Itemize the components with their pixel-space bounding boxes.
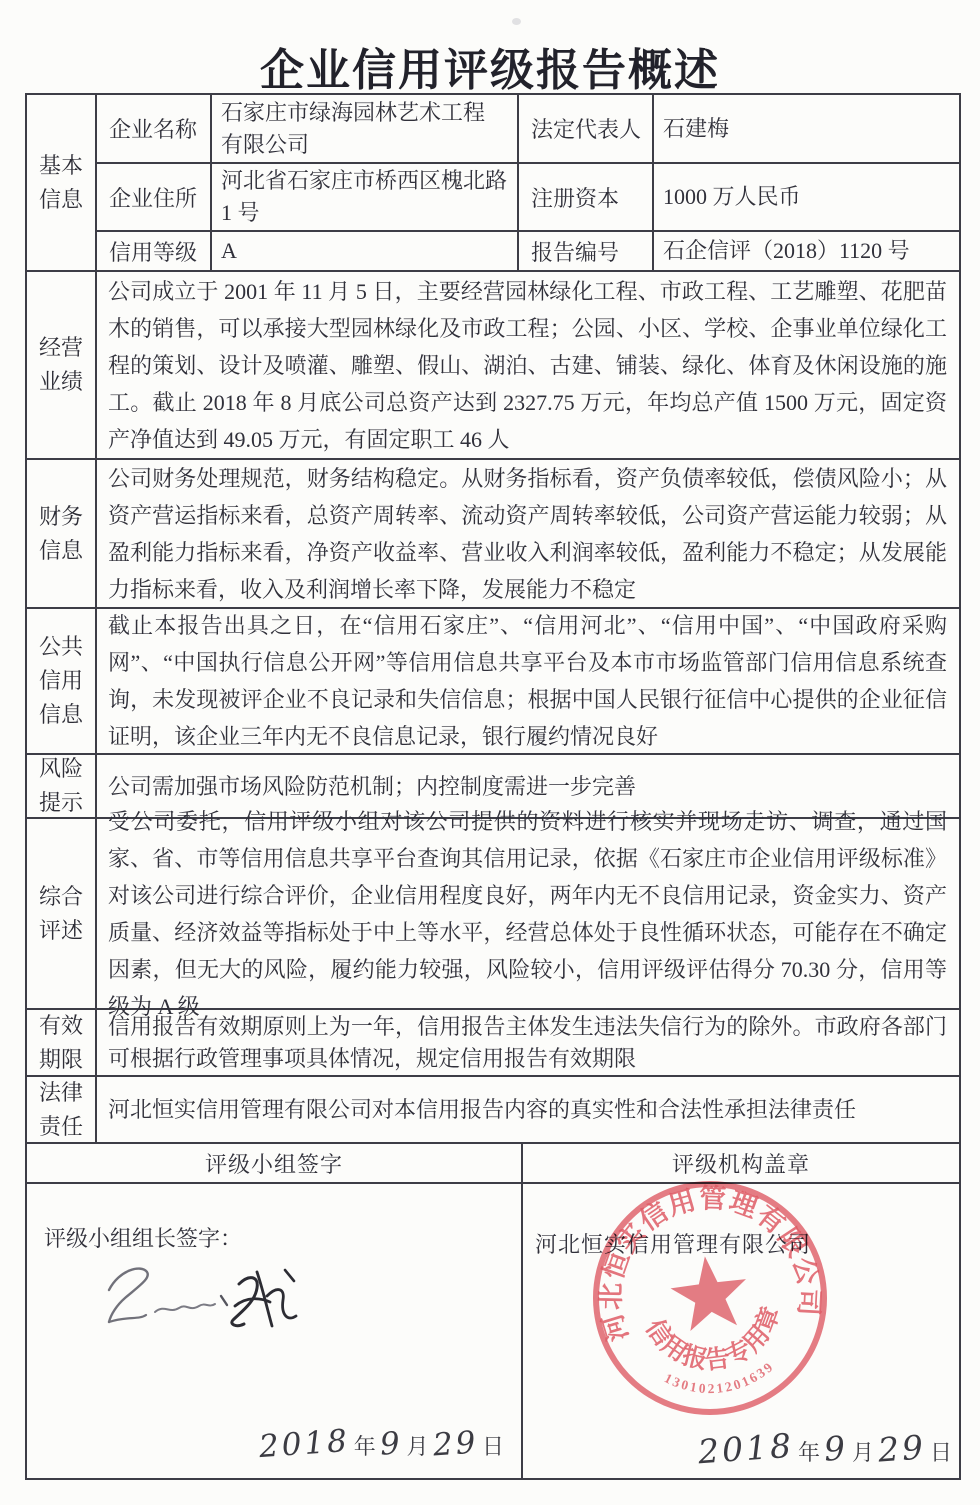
- section-content-financial-info: 公司财务处理规范，财务结构稳定。从财务指标看，资产负债率较低，偿债风险小；从资产…: [97, 460, 959, 607]
- row-enterprise-name: 企业名称 石家庄市绿海园林艺术工程 有限公司 法定代表人 石建梅: [97, 95, 959, 164]
- public-credit-info-text: 截止本报告出具之日，在“信用石家庄”、“信用河北”、“信用中国”、“中国政府采购…: [108, 607, 947, 755]
- team-leader-signature-label: 评级小组组长签字：: [44, 1222, 242, 1253]
- section-label-basic-info: 基本 信息: [27, 95, 97, 270]
- value-legal-representative: 石建梅: [654, 95, 959, 162]
- row-business-performance: 经营 业绩 公司成立于 2001 年 11 月 5 日，主要经营园林绿化工程、市…: [27, 272, 959, 460]
- value-enterprise-name: 石家庄市绿海园林艺术工程 有限公司: [212, 95, 519, 162]
- value-enterprise-address: 河北省石家庄市桥西区槐北路 1 号: [212, 164, 519, 230]
- label-credit-grade: 信用等级: [97, 232, 212, 270]
- label-enterprise-address: 企业住所: [97, 164, 212, 230]
- header-rating-team-signature: 评级小组签字: [27, 1144, 523, 1182]
- section-label-financial-info: 财务 信息: [27, 460, 97, 607]
- scan-smudge: [512, 18, 521, 25]
- row-overall-review: 综合 评述 受公司委托，信用评级小组对该公司提供的资料进行核实并现场走访、调查，…: [27, 819, 959, 1010]
- row-legal-liability: 法律 责任 河北恒实信用管理有限公司对本信用报告内容的真实性和合法性承担法律责任: [27, 1077, 959, 1144]
- financial-info-text: 公司财务处理规范，财务结构稳定。从财务指标看，资产负债率较低，偿债风险小；从资产…: [108, 460, 947, 608]
- section-label-overall-review: 综合 评述: [27, 819, 97, 1008]
- document-page: 企业信用评级报告概述 基本 信息 企业名称 石家庄市绿海园林艺术工程 有限公司 …: [0, 0, 980, 1505]
- section-label-validity-period: 有效 期限: [27, 1010, 97, 1075]
- date-day-value: 29: [428, 1424, 482, 1464]
- basic-info-grid: 企业名称 石家庄市绿海园林艺术工程 有限公司 法定代表人 石建梅 企业住所 河北…: [97, 95, 959, 270]
- section-content-overall-review: 受公司委托，信用评级小组对该公司提供的资料进行核实并现场走访、调查，通过国家、省…: [97, 819, 959, 1008]
- row-public-credit-info: 公共 信用 信息 截止本报告出具之日，在“信用石家庄”、“信用河北”、“信用中国…: [27, 609, 959, 755]
- date-day-char: 日: [481, 1430, 505, 1461]
- date-day-char: 日: [929, 1436, 953, 1467]
- agency-seal-date: 2018 年 9 月 29 日: [695, 1429, 953, 1468]
- cell-team-signature: 评级小组组长签字： 2018: [27, 1184, 523, 1478]
- label-report-number: 报告编号: [519, 232, 654, 270]
- section-content-business-performance: 公司成立于 2001 年 11 月 5 日，主要经营园林绿化工程、市政工程、工艺…: [97, 272, 959, 458]
- label-legal-representative: 法定代表人: [519, 95, 654, 162]
- value-report-number: 石企信评（2018）1120 号: [654, 232, 959, 270]
- label-registered-capital: 注册资本: [519, 164, 654, 230]
- signature-handwriting: [89, 1256, 319, 1366]
- section-label-risk-warning: 风险 提示: [27, 755, 97, 817]
- page-title: 企业信用评级报告概述: [0, 34, 980, 98]
- date-day-value: 29: [874, 1427, 931, 1470]
- section-label-public-credit-info: 公共 信用 信息: [27, 609, 97, 753]
- label-enterprise-name: 企业名称: [97, 95, 212, 162]
- section-label-business-performance: 经营 业绩: [27, 272, 97, 458]
- section-content-legal-liability: 河北恒实信用管理有限公司对本信用报告内容的真实性和合法性承担法律责任: [97, 1077, 959, 1142]
- validity-period-text: 信用报告有效期原则上为一年，信用报告主体发生违法失信行为的除外。市政府各部门可根…: [108, 1011, 947, 1075]
- row-enterprise-address: 企业住所 河北省石家庄市桥西区槐北路 1 号 注册资本 1000 万人民币: [97, 164, 959, 232]
- row-validity-period: 有效 期限 信用报告有效期原则上为一年，信用报告主体发生违法失信行为的除外。市政…: [27, 1010, 959, 1077]
- date-month-value: 9: [376, 1425, 407, 1463]
- section-content-validity-period: 信用报告有效期原则上为一年，信用报告主体发生违法失信行为的除外。市政府各部门可根…: [97, 1010, 959, 1075]
- date-year-value: 2018: [694, 1425, 798, 1471]
- date-year-value: 2018: [255, 1423, 354, 1466]
- row-credit-grade: 信用等级 A 报告编号 石企信评（2018）1120 号: [97, 232, 959, 270]
- business-performance-text: 公司成立于 2001 年 11 月 5 日，主要经营园林绿化工程、市政工程、工艺…: [108, 273, 947, 458]
- date-year-char: 年: [353, 1430, 377, 1461]
- seal-star-icon: [667, 1252, 751, 1333]
- date-month-char: 月: [851, 1436, 875, 1467]
- official-seal-stamp: 河北恒实信用管理有限公司 信用报告专用章 1301021201639: [563, 1151, 857, 1445]
- risk-warning-text: 公司需加强市场风险防范机制；内控制度需进一步完善: [108, 768, 947, 805]
- date-month-char: 月: [406, 1430, 430, 1461]
- section-label-legal-liability: 法律 责任: [27, 1077, 97, 1142]
- value-credit-grade: A: [212, 232, 519, 270]
- row-financial-info: 财务 信息 公司财务处理规范，财务结构稳定。从财务指标看，资产负债率较低，偿债风…: [27, 460, 959, 609]
- section-content-public-credit-info: 截止本报告出具之日，在“信用石家庄”、“信用河北”、“信用中国”、“中国政府采购…: [97, 609, 959, 753]
- team-signature-date: 2018 年 9 月 29 日: [256, 1426, 505, 1462]
- date-year-char: 年: [797, 1436, 821, 1467]
- value-registered-capital: 1000 万人民币: [654, 164, 959, 230]
- date-month-value: 9: [820, 1428, 853, 1469]
- overall-review-text: 受公司委托，信用评级小组对该公司提供的资料进行核实并现场走访、调查，通过国家、省…: [108, 803, 947, 1025]
- legal-liability-text: 河北恒实信用管理有限公司对本信用报告内容的真实性和合法性承担法律责任: [108, 1091, 947, 1128]
- row-basic-info: 基本 信息 企业名称 石家庄市绿海园林艺术工程 有限公司 法定代表人 石建梅 企…: [27, 95, 959, 272]
